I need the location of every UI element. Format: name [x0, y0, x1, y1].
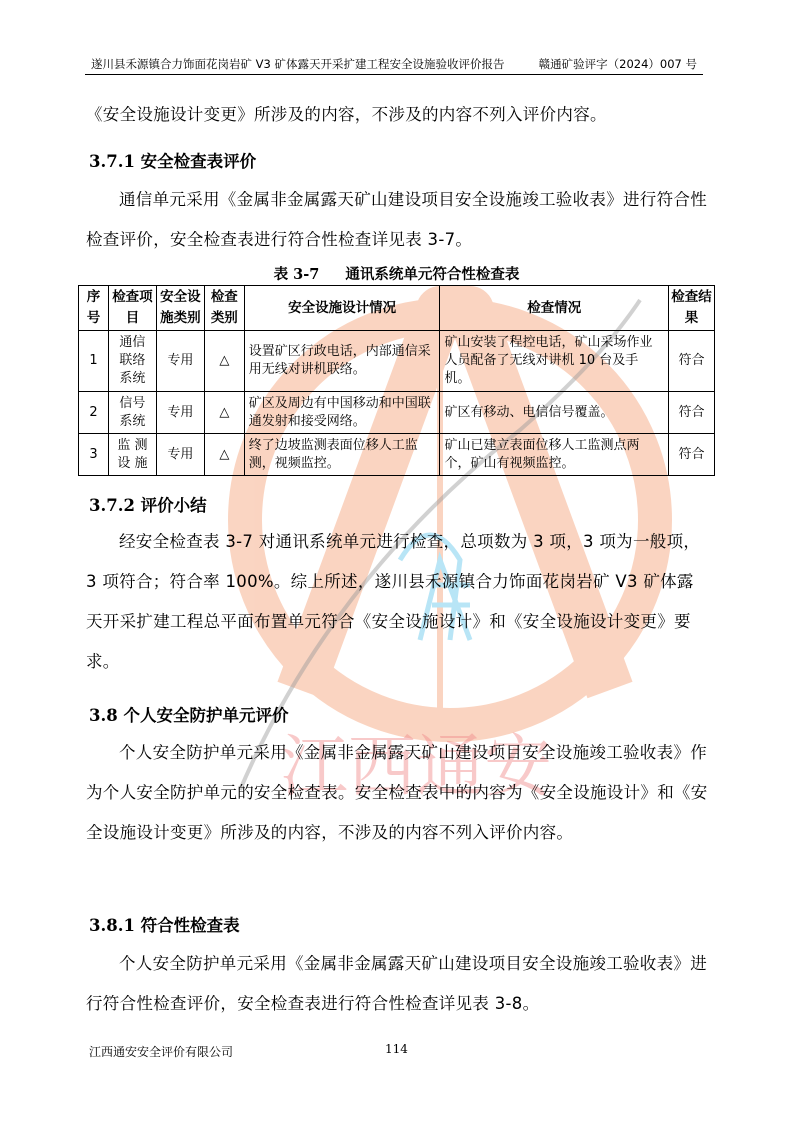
col-header-check-type: 检查类别 [204, 286, 244, 331]
cell-item: 信号系统 [108, 392, 156, 434]
col-header-result: 检查结果 [669, 286, 715, 331]
cell-check-type: △ [204, 331, 244, 392]
table-caption-title: 通讯系统单元符合性检查表 [345, 266, 519, 283]
report-title: 遂川县禾源镇合力饰面花岗岩矿 V3 矿体露天开采扩建工程安全设施验收评价报告 [91, 54, 505, 74]
paragraph-3-7-1: 通信单元采用《金属非金属露天矿山建设项目安全设施竣工验收表》进行符合性检查评价，… [86, 180, 708, 260]
paragraph-3-8-1: 个人安全防护单元采用《金属非金属露天矿山建设项目安全设施竣工验收表》进行符合性检… [86, 944, 708, 1024]
document-number: 赣通矿验评字（2024）007 号 [539, 54, 697, 74]
col-header-facility-type: 安全设施类别 [156, 286, 204, 331]
col-header-no: 序号 [79, 286, 109, 331]
page-header: 遂川县禾源镇合力饰面花岗岩矿 V3 矿体露天开采扩建工程安全设施验收评价报告 赣… [85, 54, 703, 75]
heading-3-8: 3.8 个人安全防护单元评价 [89, 702, 288, 726]
compliance-check-table: 序号 检查项目 安全设施类别 检查类别 安全设施设计情况 检查情况 检查结果 1… [78, 285, 715, 476]
cell-facility-type: 专用 [156, 434, 204, 476]
cell-no: 3 [79, 434, 109, 476]
cell-result: 符合 [669, 434, 715, 476]
paragraph-3-7-2: 经安全检查表 3-7 对通讯系统单元进行检查，总项数为 3 项，3 项为一般项，… [86, 522, 708, 682]
table-row: 3 监 测 设 施 专用 △ 终了边坡监测表面位移人工监测，视频监控。 矿山已建… [79, 434, 715, 476]
col-header-inspection: 检查情况 [440, 286, 669, 331]
cell-facility-type: 专用 [156, 392, 204, 434]
cell-item: 通信联络系统 [108, 331, 156, 392]
table-row: 2 信号系统 专用 △ 矿区及周边有中国移动和中国联通发射和接受网络。 矿区有移… [79, 392, 715, 434]
col-header-item: 检查项目 [108, 286, 156, 331]
cell-design: 矿区及周边有中国移动和中国联通发射和接受网络。 [244, 392, 440, 434]
col-header-design: 安全设施设计情况 [244, 286, 440, 331]
heading-3-7-2: 3.7.2 评价小结 [89, 492, 207, 516]
cell-item: 监 测 设 施 [108, 434, 156, 476]
cell-facility-type: 专用 [156, 331, 204, 392]
cell-inspection: 矿区有移动、电信信号覆盖。 [440, 392, 669, 434]
cell-result: 符合 [669, 331, 715, 392]
cell-check-type: △ [204, 434, 244, 476]
page-number: 114 [385, 1042, 408, 1056]
table-row: 1 通信联络系统 专用 △ 设置矿区行政电话，内部通信采用无线对讲机联络。 矿山… [79, 331, 715, 392]
document-page: 江西通安 遂川县禾源镇合力饰面花岗岩矿 V3 矿体露天开采扩建工程安全设施验收评… [0, 0, 793, 1122]
table-header-row: 序号 检查项目 安全设施类别 检查类别 安全设施设计情况 检查情况 检查结果 [79, 286, 715, 331]
heading-3-7-1: 3.7.1 安全检查表评价 [89, 148, 256, 172]
heading-3-8-1: 3.8.1 符合性检查表 [89, 912, 240, 936]
table-caption: 表 3-7通讯系统单元符合性检查表 [0, 263, 793, 284]
cell-inspection: 矿山安装了程控电话，矿山采场作业人员配备了无线对讲机 10 台及手机。 [440, 331, 669, 392]
cell-result: 符合 [669, 392, 715, 434]
paragraph-continuation: 《安全设施设计变更》所涉及的内容，不涉及的内容不列入评价内容。 [86, 95, 708, 135]
cell-no: 1 [79, 331, 109, 392]
cell-design: 设置矿区行政电话，内部通信采用无线对讲机联络。 [244, 331, 440, 392]
paragraph-3-8: 个人安全防护单元采用《金属非金属露天矿山建设项目安全设施竣工验收表》作为个人安全… [86, 733, 708, 853]
cell-check-type: △ [204, 392, 244, 434]
footer-company: 江西通安安全评价有限公司 [89, 1043, 233, 1060]
cell-design: 终了边坡监测表面位移人工监测，视频监控。 [244, 434, 440, 476]
cell-no: 2 [79, 392, 109, 434]
table-caption-number: 表 3-7 [274, 266, 320, 283]
cell-inspection: 矿山已建立表面位移人工监测点两个，矿山有视频监控。 [440, 434, 669, 476]
